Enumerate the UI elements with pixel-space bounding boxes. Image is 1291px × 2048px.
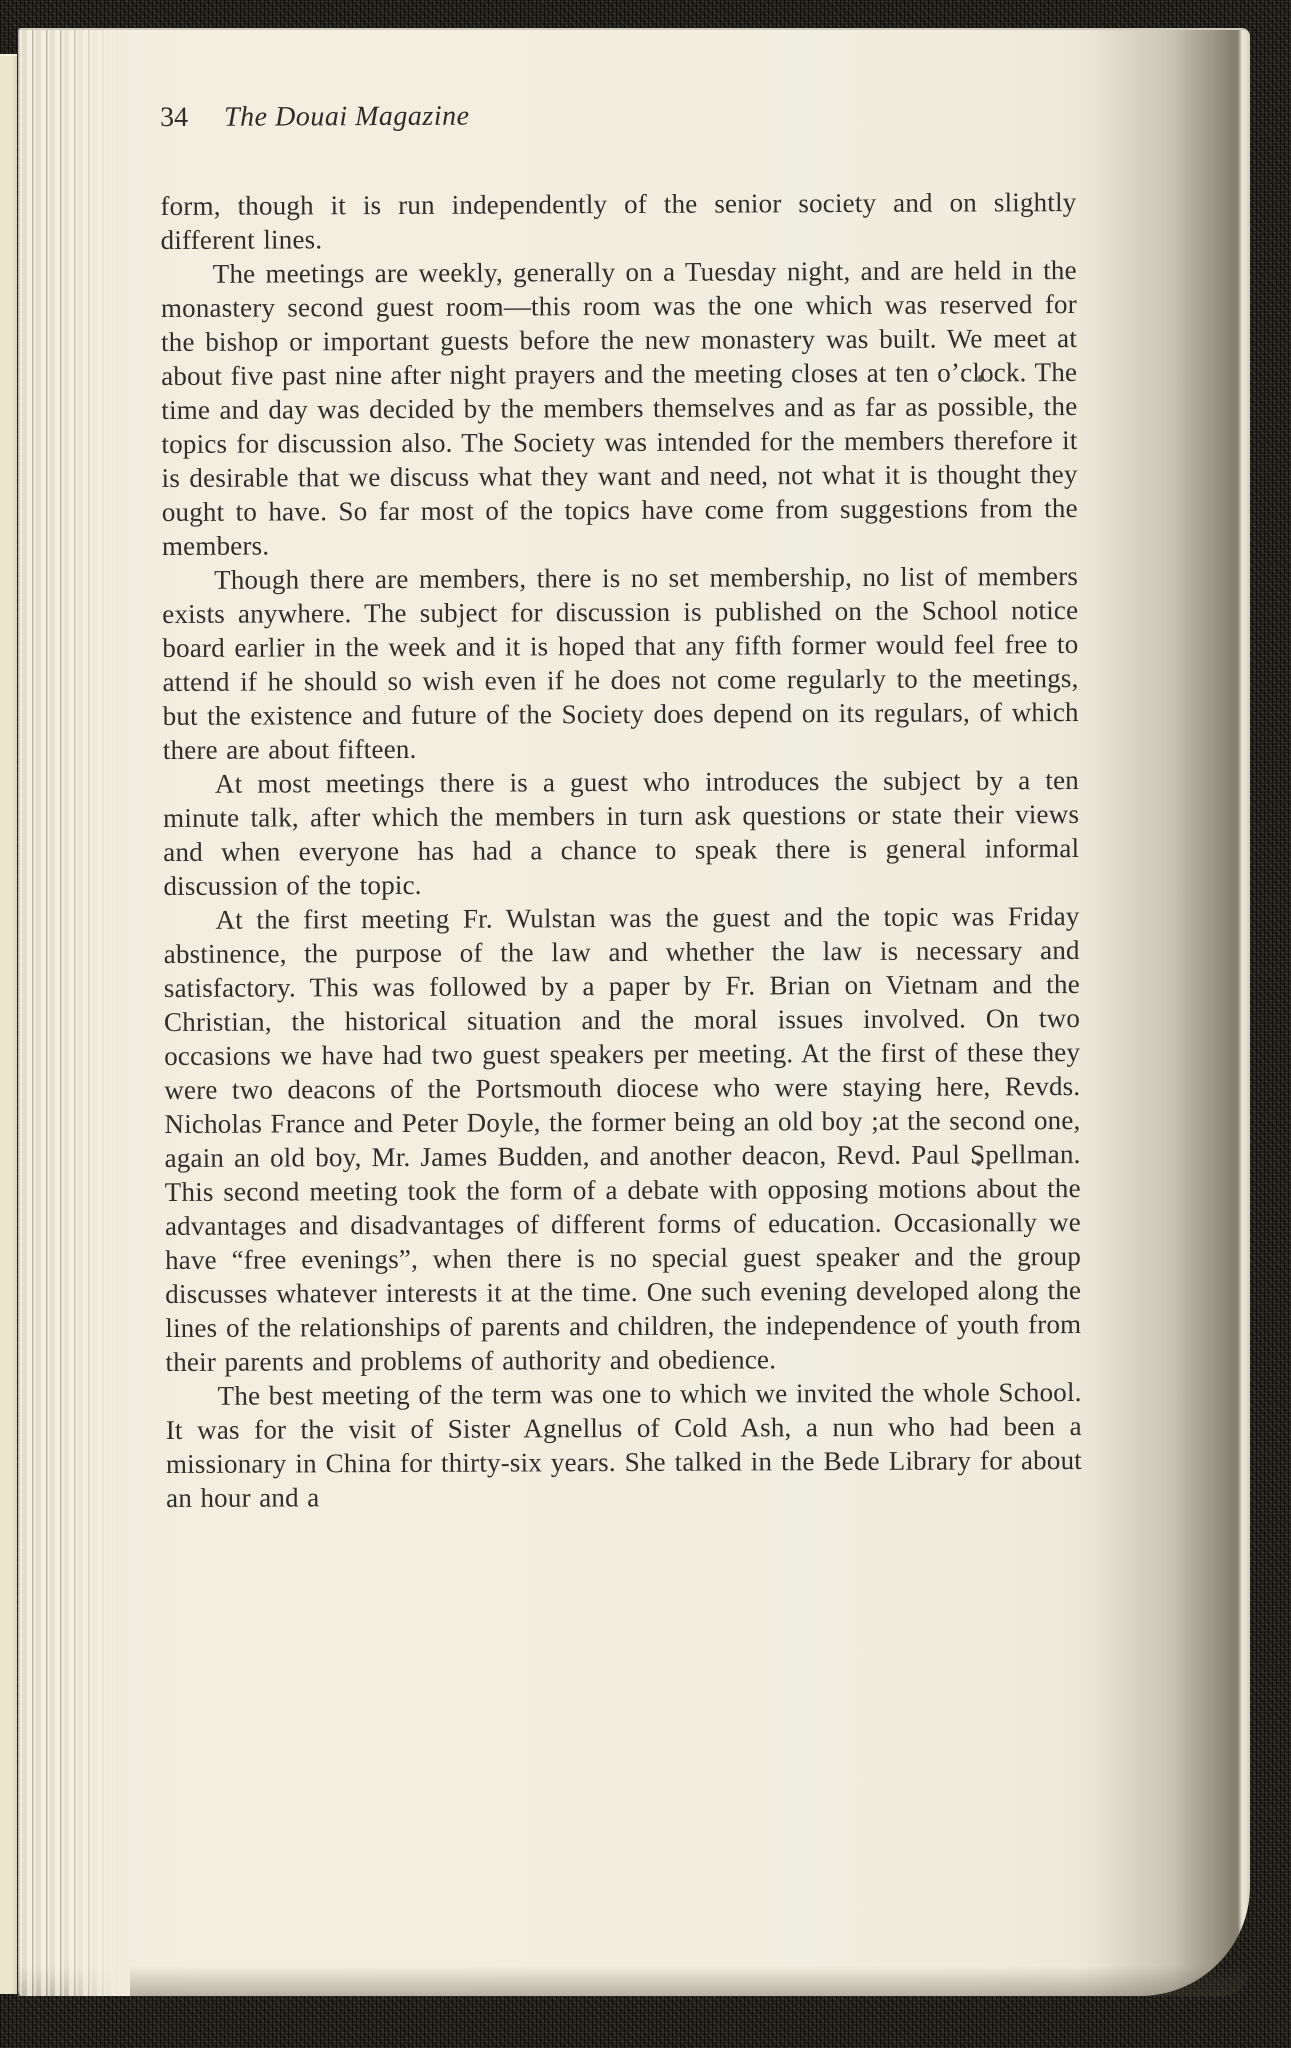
- paragraph: Though there are members, there is no se…: [162, 559, 1079, 767]
- paragraph: At most meetings there is a guest who in…: [163, 763, 1080, 903]
- magazine-page: 34 The Douai Magazine form, though it is…: [18, 28, 1250, 1996]
- page-number: 34: [160, 102, 188, 134]
- stacked-page-edges: [18, 30, 130, 1996]
- book-photo: 34 The Douai Magazine form, though it is…: [0, 0, 1291, 2048]
- paragraph: The best meeting of the term was one to …: [166, 1375, 1083, 1515]
- body-text: form, though it is run independently of …: [160, 185, 1082, 1515]
- magazine-title: The Douai Magazine: [224, 101, 470, 134]
- paragraph: At the first meeting Fr. Wulstan was the…: [163, 899, 1081, 1379]
- running-header: 34 The Douai Magazine: [160, 98, 1076, 134]
- page-content: 34 The Douai Magazine form, though it is…: [160, 98, 1082, 1515]
- paragraph: The meetings are weekly, generally on a …: [161, 253, 1078, 563]
- paragraph: form, though it is run independently of …: [160, 185, 1076, 257]
- facing-page-edge: [0, 54, 17, 1994]
